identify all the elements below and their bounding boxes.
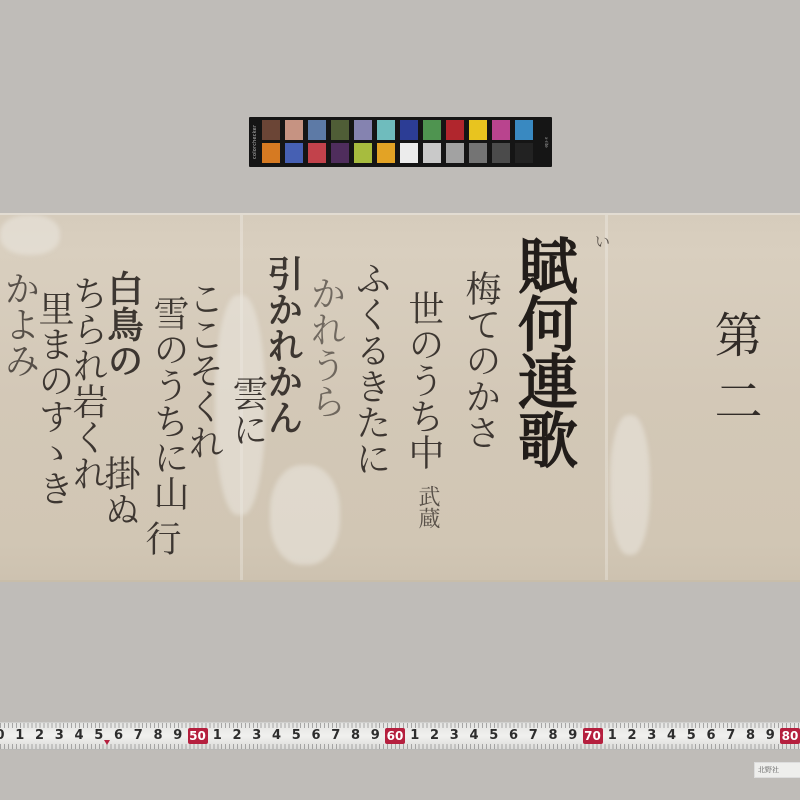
paper-stain — [270, 465, 340, 565]
verse-column: 梅てのかさ — [455, 270, 506, 450]
ruler-number: 8 — [744, 728, 758, 744]
ruler-number: 0 — [0, 728, 7, 744]
color-patch — [377, 120, 395, 140]
collection-label: 北野社 — [754, 762, 800, 778]
color-patch — [377, 143, 395, 163]
ruler-number: 9 — [171, 728, 185, 744]
color-patch — [354, 143, 372, 163]
color-patch — [423, 120, 441, 140]
ruler-number: 6 — [507, 728, 521, 744]
ruler-number: 4 — [270, 728, 284, 744]
ruler-number: 7 — [329, 728, 343, 744]
ruler-number: 80 — [780, 728, 800, 744]
ruler-number: 3 — [250, 728, 264, 744]
ruler-number: 3 — [447, 728, 461, 744]
color-checker-bottom-row — [262, 143, 533, 163]
paper-seam — [605, 215, 608, 580]
ruler-number: 7 — [526, 728, 540, 744]
renga-heading: 賦何連歌 — [500, 235, 586, 467]
ruler-number: 2 — [625, 728, 639, 744]
ruler-number: 6 — [112, 728, 126, 744]
color-patch — [354, 120, 372, 140]
ruler-number: 4 — [467, 728, 481, 744]
ruler-number: 2 — [33, 728, 47, 744]
ruler-number: 5 — [289, 728, 303, 744]
color-patch — [469, 143, 487, 163]
ruler-number: 2 — [428, 728, 442, 744]
color-patch — [331, 143, 349, 163]
ruler-number: 9 — [368, 728, 382, 744]
ruler-number: 60 — [385, 728, 405, 744]
paper-stain — [0, 215, 60, 255]
ruler-number: 1 — [605, 728, 619, 744]
section-title: 第二 — [700, 310, 769, 442]
paper-stain — [610, 415, 650, 555]
ruler-number: 4 — [72, 728, 86, 744]
ruler-number: 70 — [583, 728, 603, 744]
color-patch — [308, 143, 326, 163]
ruler-number: 9 — [566, 728, 580, 744]
ruler-number: 7 — [131, 728, 145, 744]
ruler-number: 1 — [13, 728, 27, 744]
ruler-number: 7 — [724, 728, 738, 744]
color-patch — [492, 120, 510, 140]
color-patch — [285, 143, 303, 163]
color-patch — [308, 120, 326, 140]
color-patch — [400, 120, 418, 140]
color-patch — [423, 143, 441, 163]
manuscript-scroll: 第二 賦何連歌 い 梅てのかさ 世のうち中 武蔵 ふくるきたに かれうら 引かれ… — [0, 213, 800, 582]
verse-column: かよみ — [0, 270, 45, 378]
ruler-ticks-bottom — [0, 744, 800, 749]
verse-column: ふくるきたに — [345, 260, 396, 476]
color-patch — [492, 143, 510, 163]
ruler-number: 9 — [763, 728, 777, 744]
color-patch — [400, 143, 418, 163]
color-patch — [469, 120, 487, 140]
ruler-number: 5 — [92, 728, 106, 744]
verse-column: 武蔵 — [412, 485, 443, 529]
color-patch — [446, 143, 464, 163]
verse-column: 雲に — [222, 375, 273, 447]
color-patch — [285, 120, 303, 140]
ruler-number: 50 — [188, 728, 208, 744]
color-patch — [331, 120, 349, 140]
color-patch — [262, 120, 280, 140]
ruler-number: 8 — [546, 728, 560, 744]
measuring-tape: 0123456789501234567896012345678970123456… — [0, 722, 800, 750]
verse-column: 雪のうちに山 — [143, 295, 194, 511]
xrite-logo-icon: x-rite — [543, 131, 549, 153]
ruler-number: 6 — [704, 728, 718, 744]
color-checker-card: colorchecker x-rite — [249, 117, 552, 167]
color-checker-top-row — [262, 120, 533, 140]
ruler-number: 1 — [210, 728, 224, 744]
ruler-number: 3 — [52, 728, 66, 744]
color-checker-brand-label: colorchecker — [251, 121, 259, 163]
ruler-number: 8 — [151, 728, 165, 744]
color-patch — [515, 120, 533, 140]
ruler-number: 8 — [349, 728, 363, 744]
color-patch — [446, 120, 464, 140]
color-patch — [515, 143, 533, 163]
ruler-number: 4 — [665, 728, 679, 744]
ruler-number: 2 — [230, 728, 244, 744]
ruler-number: 3 — [645, 728, 659, 744]
verse-column: 世のうち中 — [398, 290, 449, 470]
color-patch — [262, 143, 280, 163]
heading-annotation: い — [590, 233, 613, 249]
ruler-number: 5 — [684, 728, 698, 744]
ruler-number: 1 — [408, 728, 422, 744]
ruler-number: 6 — [309, 728, 323, 744]
ruler-number: 5 — [487, 728, 501, 744]
